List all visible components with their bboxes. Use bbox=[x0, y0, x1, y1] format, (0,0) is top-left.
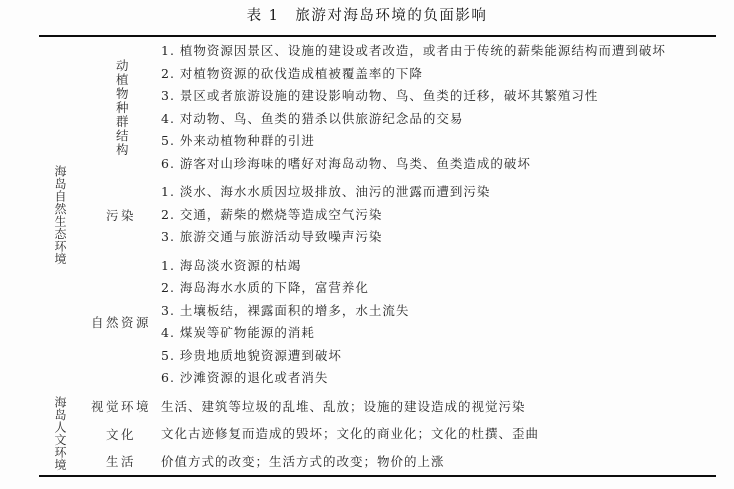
category-label-cell: 自然资源 bbox=[81, 255, 161, 390]
impact-item: 4. 对动物、鸟、鱼类的猎杀以供旅游纪念品的交易 bbox=[161, 108, 716, 131]
category-label: 动植物种群结构 bbox=[115, 59, 128, 157]
group-label-cell: 海岛人文环境 bbox=[39, 393, 81, 476]
category-row: 动植物种群结构 1. 植物资源因景区、设施的建设或者改造，或者由于传统的薪柴能源… bbox=[81, 37, 716, 178]
category-label-cell: 污染 bbox=[81, 181, 161, 249]
category-label-cell: 文化 bbox=[81, 420, 161, 448]
impact-item: 3. 景区或者旅游设施的建设影响动物、鸟、鱼类的迁移，破坏其繁殖习性 bbox=[161, 85, 716, 108]
item-list: 文化古迹修复而造成的毁坏；文化的商业化；文化的杜撰、歪曲 bbox=[161, 420, 716, 448]
category-label: 生活 bbox=[106, 452, 136, 470]
impact-item: 生活、建筑等垃圾的乱堆、乱放；设施的建设造成的视觉污染 bbox=[161, 393, 716, 421]
item-list: 价值方式的改变；生活方式的改变；物价的上涨 bbox=[161, 448, 716, 476]
impact-item: 2. 海岛海水水质的下降，富营养化 bbox=[161, 277, 716, 300]
group-label: 海岛人文环境 bbox=[54, 396, 66, 471]
group-label-cell: 海岛自然生态环境 bbox=[39, 37, 81, 393]
category-label: 自然资源 bbox=[91, 313, 151, 331]
impact-item: 1. 海岛淡水资源的枯竭 bbox=[161, 255, 716, 278]
impact-item: 5. 外来动植物种群的引进 bbox=[161, 130, 716, 153]
category-row: 自然资源 1. 海岛淡水资源的枯竭 2. 海岛海水水质的下降，富营养化 3. 土… bbox=[81, 252, 716, 393]
item-list: 生活、建筑等垃圾的乱堆、乱放；设施的建设造成的视觉污染 bbox=[161, 393, 716, 421]
impact-table: 海岛自然生态环境 动植物种群结构 1. 植物资源因景区、设施的建设或者改造，或者… bbox=[39, 35, 716, 477]
category-label: 视觉环境 bbox=[91, 397, 151, 415]
table-caption: 表 1 旅游对海岛环境的负面影响 bbox=[0, 0, 734, 24]
table-group: 海岛自然生态环境 动植物种群结构 1. 植物资源因景区、设施的建设或者改造，或者… bbox=[39, 37, 716, 393]
category-label-cell: 动植物种群结构 bbox=[81, 40, 161, 175]
impact-item: 文化古迹修复而造成的毁坏；文化的商业化；文化的杜撰、歪曲 bbox=[161, 420, 716, 448]
impact-item: 1. 淡水、海水水质因垃圾排放、油污的泄露而遭到污染 bbox=[161, 181, 716, 204]
impact-item: 6. 游客对山珍海味的嗜好对海岛动物、鸟类、鱼类造成的破坏 bbox=[161, 153, 716, 176]
impact-item: 6. 沙滩资源的退化或者消失 bbox=[161, 367, 716, 390]
group-label: 海岛自然生态环境 bbox=[54, 165, 66, 265]
item-list: 1. 植物资源因景区、设施的建设或者改造，或者由于传统的薪柴能源结构而遭到破坏 … bbox=[161, 40, 716, 175]
impact-item: 3. 旅游交通与旅游活动导致噪声污染 bbox=[161, 226, 716, 249]
impact-item: 2. 交通，薪柴的燃烧等造成空气污染 bbox=[161, 204, 716, 227]
impact-item: 3. 土壤板结，裸露面积的增多，水土流失 bbox=[161, 300, 716, 323]
impact-item: 1. 植物资源因景区、设施的建设或者改造，或者由于传统的薪柴能源结构而遭到破坏 bbox=[161, 40, 716, 63]
group-body: 动植物种群结构 1. 植物资源因景区、设施的建设或者改造，或者由于传统的薪柴能源… bbox=[81, 37, 716, 393]
category-label-cell: 视觉环境 bbox=[81, 393, 161, 421]
category-row: 污染 1. 淡水、海水水质因垃圾排放、油污的泄露而遭到污染 2. 交通，薪柴的燃… bbox=[81, 178, 716, 252]
item-list: 1. 海岛淡水资源的枯竭 2. 海岛海水水质的下降，富营养化 3. 土壤板结，裸… bbox=[161, 255, 716, 390]
category-label: 污染 bbox=[106, 206, 136, 224]
paper-table-figure: 表 1 旅游对海岛环境的负面影响 海岛自然生态环境 动植物种群结构 1. 植物资… bbox=[0, 0, 734, 489]
category-label: 文化 bbox=[106, 425, 136, 443]
impact-item: 2. 对植物资源的砍伐造成植被覆盖率的下降 bbox=[161, 63, 716, 86]
impact-item: 4. 煤炭等矿物能源的消耗 bbox=[161, 322, 716, 345]
item-list: 1. 淡水、海水水质因垃圾排放、油污的泄露而遭到污染 2. 交通，薪柴的燃烧等造… bbox=[161, 181, 716, 249]
table-group: 海岛人文环境 视觉环境 生活、建筑等垃圾的乱堆、乱放；设施的建设造成的视觉污染 … bbox=[39, 393, 716, 476]
category-row: 文化 文化古迹修复而造成的毁坏；文化的商业化；文化的杜撰、歪曲 bbox=[81, 420, 716, 448]
impact-item: 价值方式的改变；生活方式的改变；物价的上涨 bbox=[161, 448, 716, 476]
category-row: 视觉环境 生活、建筑等垃圾的乱堆、乱放；设施的建设造成的视觉污染 bbox=[81, 393, 716, 421]
category-label-cell: 生活 bbox=[81, 448, 161, 476]
category-row: 生活 价值方式的改变；生活方式的改变；物价的上涨 bbox=[81, 448, 716, 476]
impact-item: 5. 珍贵地质地貌资源遭到破坏 bbox=[161, 345, 716, 368]
group-body: 视觉环境 生活、建筑等垃圾的乱堆、乱放；设施的建设造成的视觉污染 文化 文化古迹… bbox=[81, 393, 716, 476]
